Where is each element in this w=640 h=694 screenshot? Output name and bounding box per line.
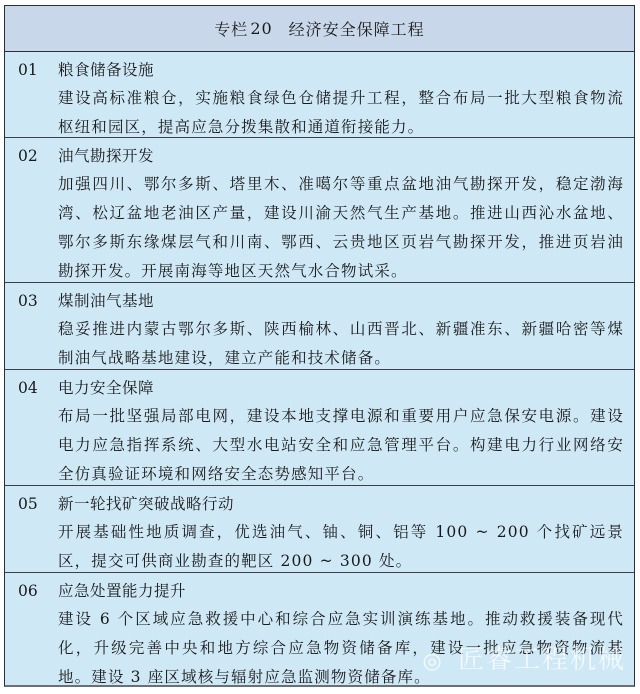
section-05: 05 新一轮找矿突破战略行动 开展基础性地质调查，优选油气、铀、铜、铝等 100… (5, 486, 634, 573)
section-body: 布局一批坚强局部电网，建设本地支撑电源和重要用户应急保安电源。建设电力应急指挥系… (58, 402, 624, 489)
section-title: 粮食储备设施 (58, 57, 154, 84)
section-body: 加强四川、鄂尔多斯、塔里木、准噶尔等重点盆地油气勘探开发，稳定渤海湾、松辽盆地老… (58, 170, 624, 286)
section-title: 应急处置能力提升 (58, 578, 186, 605)
section-body: 建设 6 个区域应急救援中心和综合应急实训演练基地。推动救援装备现代化，升级完善… (58, 605, 624, 692)
header-label: 专栏 (214, 17, 248, 40)
section-number: 02 (18, 143, 58, 170)
section-02: 02 油气勘探开发 加强四川、鄂尔多斯、塔里木、准噶尔等重点盆地油气勘探开发，稳… (5, 138, 634, 283)
section-number: 03 (18, 288, 58, 315)
section-body: 稳妥推进内蒙古鄂尔多斯、陕西榆林、山西晋北、新疆准东、新疆哈密等煤制油气战略基地… (58, 315, 624, 373)
section-number: 06 (18, 578, 58, 605)
section-06: 06 应急处置能力提升 建设 6 个区域应急救援中心和综合应急实训演练基地。推动… (5, 573, 634, 694)
section-01: 01 粮食储备设施 建设高标准粮仓，实施粮食绿色仓储提升工程，整合布局一批大型粮… (5, 52, 634, 138)
section-number: 04 (18, 375, 58, 402)
section-number: 01 (18, 57, 58, 84)
section-number: 05 (18, 491, 58, 518)
section-title: 煤制油气基地 (58, 288, 154, 315)
section-body: 开展基础性地质调查，优选油气、铀、铜、铝等 100 ~ 200 个找矿远景区，提… (58, 518, 624, 576)
section-title: 油气勘探开发 (58, 143, 154, 170)
box-header: 专栏 20 经济安全保障工程 (5, 6, 634, 52)
section-03: 03 煤制油气基地 稳妥推进内蒙古鄂尔多斯、陕西榆林、山西晋北、新疆准东、新疆哈… (5, 283, 634, 370)
feature-box: 专栏 20 经济安全保障工程 01 粮食储备设施 建设高标准粮仓，实施粮食绿色仓… (4, 5, 635, 687)
section-body: 建设高标准粮仓，实施粮食绿色仓储提升工程，整合布局一批大型粮食物流枢纽和园区，提… (58, 84, 624, 142)
section-04: 04 电力安全保障 布局一批坚强局部电网，建设本地支撑电源和重要用户应急保安电源… (5, 370, 634, 486)
header-title: 经济安全保障工程 (289, 17, 425, 40)
section-title: 电力安全保障 (58, 375, 154, 402)
section-title: 新一轮找矿突破战略行动 (58, 491, 234, 518)
header-number: 20 (250, 19, 272, 38)
